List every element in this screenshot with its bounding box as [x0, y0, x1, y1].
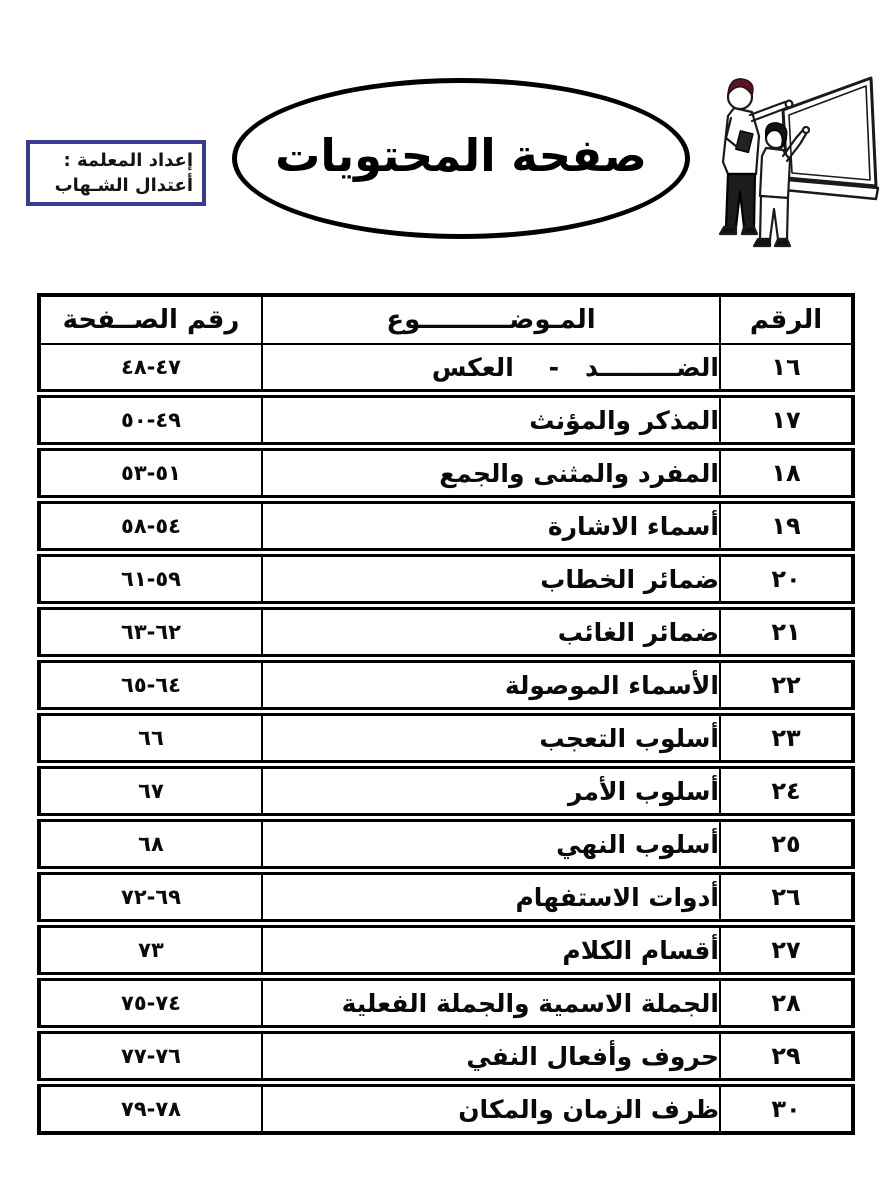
- page-number-cell: ٦٦: [39, 712, 262, 765]
- table-row: ٢٦ أدوات الاستفهام ٦٩-٧٢: [39, 871, 853, 924]
- row-number-cell: ١٨: [720, 447, 853, 500]
- page-number-cell: ٥١-٥٣: [39, 447, 262, 500]
- topic-cell: حروف وأفعال النفي: [262, 1030, 720, 1083]
- topic-cell: أسلوب التعجب: [262, 712, 720, 765]
- table-row: ٢٧ أقسام الكلام ٧٣: [39, 924, 853, 977]
- table-row: ٢٣ أسلوب التعجب ٦٦: [39, 712, 853, 765]
- table-row: ٢٢ الأسماء الموصولة ٦٤-٦٥: [39, 659, 853, 712]
- title-ellipse: صفحة المحتويات: [232, 78, 690, 239]
- page-title: صفحة المحتويات: [275, 129, 647, 182]
- table-row: ٢١ ضمائر الغائب ٦٢-٦٣: [39, 606, 853, 659]
- row-number-cell: ٢٦: [720, 871, 853, 924]
- contents-table: الرقم المـوضــــــــــوع رقم الصــفحة ١٦…: [37, 293, 855, 1135]
- page-number-cell: ٧٨-٧٩: [39, 1083, 262, 1134]
- table-row: ١٧ المذكر والمؤنث ٤٩-٥٠: [39, 394, 853, 447]
- teacher-whiteboard-icon: [688, 68, 885, 252]
- table-row: ٢٩ حروف وأفعال النفي ٧٦-٧٧: [39, 1030, 853, 1083]
- topic-cell: الجملة الاسمية والجملة الفعلية: [262, 977, 720, 1030]
- column-header-page-number: رقم الصــفحة: [39, 295, 262, 344]
- page-number-cell: ٦٢-٦٣: [39, 606, 262, 659]
- row-number-cell: ١٦: [720, 344, 853, 394]
- table-row: ٢٥ أسلوب النهي ٦٨: [39, 818, 853, 871]
- topic-cell: أسلوب الأمر: [262, 765, 720, 818]
- credit-line-teacher-name: أعتدال الشـهاب: [34, 173, 193, 198]
- row-number-cell: ٢١: [720, 606, 853, 659]
- topic-cell: ضمائر الخطاب: [262, 553, 720, 606]
- page-number-cell: ٤٧-٤٨: [39, 344, 262, 394]
- row-number-cell: ٢٧: [720, 924, 853, 977]
- column-header-number: الرقم: [720, 295, 853, 344]
- table-row: ١٩ أسماء الاشارة ٥٤-٥٨: [39, 500, 853, 553]
- page-number-cell: ٧٣: [39, 924, 262, 977]
- table-row: ٢٨ الجملة الاسمية والجملة الفعلية ٧٤-٧٥: [39, 977, 853, 1030]
- topic-cell: أسلوب النهي: [262, 818, 720, 871]
- row-number-cell: ٢٨: [720, 977, 853, 1030]
- page-number-cell: ٤٩-٥٠: [39, 394, 262, 447]
- row-number-cell: ٢٥: [720, 818, 853, 871]
- page-number-cell: ٧٦-٧٧: [39, 1030, 262, 1083]
- table-row: ١٨ المفرد والمثنى والجمع ٥١-٥٣: [39, 447, 853, 500]
- topic-cell: أدوات الاستفهام: [262, 871, 720, 924]
- teacher-at-whiteboard-illustration: [688, 68, 885, 252]
- row-number-cell: ٢٢: [720, 659, 853, 712]
- table-row: ٣٠ ظرف الزمان والمكان ٧٨-٧٩: [39, 1083, 853, 1134]
- topic-cell: المفرد والمثنى والجمع: [262, 447, 720, 500]
- column-header-topic: المـوضــــــــــوع: [262, 295, 720, 344]
- page-number-cell: ٦٧: [39, 765, 262, 818]
- row-number-cell: ٢٤: [720, 765, 853, 818]
- topic-cell: أسماء الاشارة: [262, 500, 720, 553]
- table-row: ١٦ الضـــــــــد - العكس ٤٧-٤٨: [39, 344, 853, 394]
- row-number-cell: ١٧: [720, 394, 853, 447]
- credit-line-prepared-by: إعداد المعلمة :: [34, 148, 193, 173]
- row-number-cell: ٢٠: [720, 553, 853, 606]
- row-number-cell: ٣٠: [720, 1083, 853, 1134]
- contents-page: إعداد المعلمة : أعتدال الشـهاب صفحة المح…: [0, 0, 889, 1200]
- topic-cell: ظرف الزمان والمكان: [262, 1083, 720, 1134]
- table-row: ٢٠ ضمائر الخطاب ٥٩-٦١: [39, 553, 853, 606]
- row-number-cell: ١٩: [720, 500, 853, 553]
- topic-cell: المذكر والمؤنث: [262, 394, 720, 447]
- page-number-cell: ٥٩-٦١: [39, 553, 262, 606]
- page-number-cell: ٦٩-٧٢: [39, 871, 262, 924]
- topic-cell: الضـــــــــد - العكس: [262, 344, 720, 394]
- topic-cell: الأسماء الموصولة: [262, 659, 720, 712]
- row-number-cell: ٢٣: [720, 712, 853, 765]
- page-number-cell: ٦٤-٦٥: [39, 659, 262, 712]
- topic-cell: ضمائر الغائب: [262, 606, 720, 659]
- table-row: ٢٤ أسلوب الأمر ٦٧: [39, 765, 853, 818]
- row-number-cell: ٢٩: [720, 1030, 853, 1083]
- page-number-cell: ٧٤-٧٥: [39, 977, 262, 1030]
- page-number-cell: ٦٨: [39, 818, 262, 871]
- page-number-cell: ٥٤-٥٨: [39, 500, 262, 553]
- teacher-credit-box: إعداد المعلمة : أعتدال الشـهاب: [26, 140, 206, 206]
- table-header-row: الرقم المـوضــــــــــوع رقم الصــفحة: [39, 295, 853, 344]
- topic-cell: أقسام الكلام: [262, 924, 720, 977]
